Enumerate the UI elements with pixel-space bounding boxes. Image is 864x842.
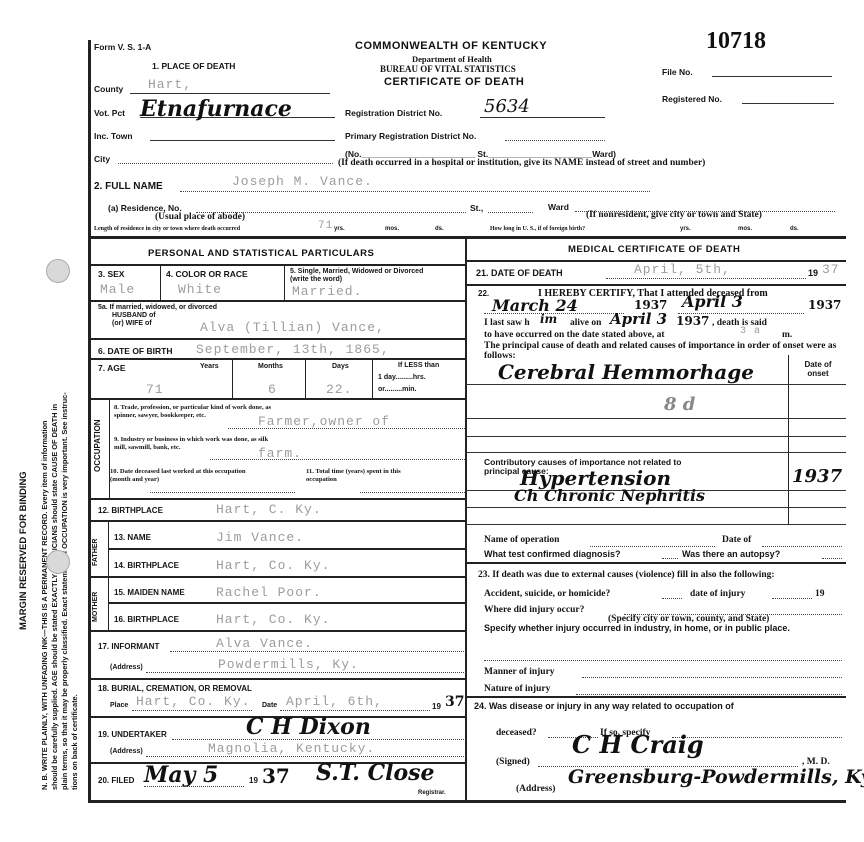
punch-hole-bottom [46,550,70,574]
industry-line [210,459,465,460]
registration-district-label: Registration District No. [345,108,442,118]
commonwealth-title: COMMONWEALTH OF KENTUCKY [355,40,547,52]
burial-place-line [132,710,252,711]
father-birthplace-value: Hart, Co. Ky. [216,558,330,573]
contributory-line-3 [466,524,846,525]
nature-of-injury-line [576,694,842,695]
punch-hole-top [46,259,70,283]
father-side-label: FATHER [92,539,99,566]
certificate-number: 10718 [706,28,766,55]
age-months-divider [305,358,306,398]
where-injury-label: Where did injury occur? [484,605,584,615]
marital-label: 5. Single, Married, Widowed or Divorced … [290,268,440,284]
undertaker-address-line [146,756,466,757]
burial-date-label: Date [262,702,277,709]
date-of-death-year-prefix: 19 [808,268,818,278]
informant-address-line [146,672,466,673]
specify-whether-label: Specify whether injury occurred in indus… [484,624,844,633]
injury-date-label: date of injury [690,589,745,599]
date-of-death-year-suffix: 37 [822,262,840,277]
operation-date-line [762,546,842,547]
birthplace-label: 12. BIRTHPLACE [98,506,163,515]
mother-side-label: MOTHER [92,592,99,622]
deceased-label: deceased? [496,728,537,738]
medical-heading: MEDICAL CERTIFICATE OF DEATH [568,244,740,255]
occupation-side-label: OCCUPATION [93,419,102,472]
filed-year-suffix: 37 [262,764,290,788]
burial-year-suffix: 37 [445,694,464,710]
foreign-mos-label: mos. [738,226,752,232]
cause-line-4 [466,452,846,453]
contributory-cause-2: Ch Chronic Nephritis [514,486,705,505]
instructions-line-2: should be carefully supplied. AGE should… [50,404,59,790]
occurred-time: 3 a [740,326,761,337]
nonresident-note: (If nonresident, give city or town and S… [586,210,762,220]
city-line [118,163,333,164]
full-name-label: 2. FULL NAME [94,181,163,192]
burial-place-value: Hart, Co. Ky. [136,694,250,709]
registration-district-line [480,117,605,118]
total-time-line [360,492,465,493]
medical-bottom-rule [466,800,846,803]
filed-label: 20. FILED [98,776,134,785]
last-saw-pronoun: im [540,312,557,326]
trade-value: Farmer,owner of [258,414,390,429]
diagnosis-test-line [662,558,678,559]
registered-no-label: Registered No. [662,94,722,104]
physician-signature: C H Craig [572,730,704,759]
foreign-birth-label: How long in U. S., if of foreign birth? [490,226,585,232]
burial-date-line [280,710,430,711]
inc-town-label: Inc. Town [94,131,133,141]
less-than-hours: 1 day.........hrs. [378,374,426,381]
undertaker-address-value: Magnolia, Kentucky. [208,741,375,756]
cause-line-1 [466,384,846,385]
principal-cause-value: Cerebral Hemmorhage [498,360,754,384]
burial-year-prefix: 19 [432,702,441,711]
length-of-residence-label: Length of residence in city or town wher… [94,226,240,232]
file-no-label: File No. [662,67,693,77]
occurred-text: to have occurred on the date stated abov… [484,330,665,340]
physician-address-value: Greensburg-Powdermills, Ky [568,766,864,788]
industry-label: 9. Industry or business in which work wa… [114,436,274,452]
nature-of-injury-label: Nature of injury [484,684,550,694]
attended-to-year: 1937 [808,298,841,312]
burial-date-value: April, 6th, [286,694,383,709]
residence-divider [88,236,846,239]
row-father-rule [88,576,466,578]
age-days: 22. [326,382,352,397]
filed-year-prefix: 19 [249,776,258,785]
dob-value: September, 13th, 1865, [196,342,390,357]
instructions-line-4: tions on back of certificate. [70,694,79,790]
operation-line [590,546,715,547]
instructions-line-3: plain terms, so that it may be properly … [60,392,69,790]
department-title: Department of Health [412,54,492,64]
informant-line [170,651,466,652]
marital-value: Married. [292,284,362,299]
personal-heading-rule [88,264,466,266]
row-dob-rule [88,358,466,360]
months-label: Months [258,363,283,370]
father-name-value: Jim Vance. [216,530,304,545]
vot-pct-label: Vot. Pct [94,108,125,118]
place-of-death-heading: 1. PLACE OF DEATH [152,61,235,71]
length-of-residence-years: 71 [318,220,333,232]
row-father-name-rule [108,548,466,550]
undertaker-label: 19. UNDERTAKER [98,730,167,739]
age-years: 71 [146,382,164,397]
total-time-label: 11. Total time (years) spent in this occ… [306,468,416,484]
race-label: 4. COLOR OR RACE [166,269,248,279]
length-mos-label: mos. [385,226,399,232]
city-label: City [94,154,110,164]
residence-ward-label: Ward [548,202,569,212]
autopsy-label: Was there an autopsy? [682,549,780,559]
mother-birthplace-label: 16. BIRTHPLACE [114,615,179,624]
certificate-title: CERTIFICATE OF DEATH [384,76,524,88]
autopsy-line [822,558,842,559]
filed-value: May 5 [144,762,218,788]
last-worked-line [150,492,295,493]
trade-label: 8. Trade, profession, or particular kind… [114,404,274,420]
father-name-label: 13. NAME [114,533,151,542]
registrar-signature: S.T. Close [316,760,435,786]
spouse-label-1: 5a. If married, widowed, or divorced [98,304,217,312]
days-label: Days [332,363,349,370]
residence-sublabel: (Usual place of abode) [155,212,245,222]
bureau-title: BUREAU OF VITAL STATISTICS [380,64,516,74]
principal-cause-note: 8 d [664,394,695,415]
age-days-divider [372,358,373,398]
diagnosis-test-label: What test confirmed diagnosis? [484,549,621,559]
age-label: 7. AGE [98,363,126,373]
trade-line [228,428,465,429]
last-worked-label: 10. Date deceased last worked at this oc… [110,468,260,484]
full-name-line [180,191,650,192]
accident-label: Accident, suicide, or homicide? [484,589,610,599]
registrar-label: Registrar. [418,790,446,796]
county-line [130,93,330,94]
row-spouse-rule [88,338,466,340]
form-number: Form V. S. 1-A [94,42,151,52]
spouse-label-2: HUSBAND of [112,312,156,320]
spouse-label-3: (or) WIFE of [112,320,152,328]
external-causes-label: 23. If death was due to external causes … [478,570,843,580]
form-bottom-border [88,800,468,803]
physician-address-label: (Address) [516,784,555,794]
public-place-line [484,660,842,661]
informant-value: Alva Vance. [216,636,313,651]
informant-address-value: Powdermills, Ky. [218,657,359,672]
registered-no-line [742,103,834,104]
row-dod-rule [466,284,846,286]
father-birthplace-label: 14. BIRTHPLACE [114,561,179,570]
form-left-border [88,40,91,802]
contributory-onset: 1937 [792,466,842,487]
personal-heading: PERSONAL AND STATISTICAL PARTICULARS [148,248,374,259]
full-name-value: Joseph M. Vance. [232,174,373,189]
contributory-line-2 [466,507,846,508]
attended-to-value: April 3 [682,292,743,311]
spouse-value: Alva (Tillian) Vance, [200,320,385,335]
inc-town-line [150,140,335,141]
length-yrs-label: yrs. [334,226,345,232]
informant-label: 17. INFORMANT [98,642,159,651]
binding-margin-label: MARGIN RESERVED FOR BINDING [18,471,29,630]
burial-label: 18. BURIAL, CREMATION, OR REMOVAL [98,684,252,693]
row-mother-rule [88,630,466,632]
race-marital-divider [284,264,285,300]
years-label: Years [200,363,219,370]
manner-of-injury-label: Manner of injury [484,667,555,677]
county-value: Hart, [148,77,192,92]
filed-line [144,786,244,787]
signed-label: (Signed) [496,757,530,767]
race-value: White [178,282,222,297]
date-of-death-value: April, 5th, [634,262,731,277]
primary-registration-line [505,140,605,141]
birthplace-value: Hart, C. Ky. [216,502,322,517]
row-informant-rule [88,678,466,680]
alive-on-label: alive on [570,318,601,328]
operation-label: Name of operation [484,535,559,545]
undertaker-value: C H Dixon [246,714,371,740]
hospital-note: (If death occurred in a hospital or inst… [338,158,705,168]
injury-year-prefix: 19 [815,589,825,599]
onset-column-divider [788,355,789,525]
informant-address-label: (Address) [110,664,143,671]
burial-place-label: Place [110,702,128,709]
foreign-yrs-label: yrs. [680,226,691,232]
age-months: 6 [268,382,277,397]
row-occupation-rule [88,498,466,500]
undertaker-address-label: (Address) [110,748,143,755]
less-than-label: If LESS than [398,362,439,369]
sex-value: Male [100,282,135,297]
vot-pct-value: Etnafurnace [140,96,292,122]
mother-name-label: 15. MAIDEN NAME [114,588,185,597]
residence-street-label: St., [470,203,483,213]
row-mother-name-rule [108,602,466,604]
occupation-related-label: 24. Was disease or injury in any way rel… [474,701,734,711]
foreign-ds-label: ds. [790,226,799,232]
injury-date-line [772,598,812,599]
date-of-death-label: 21. DATE OF DEATH [476,268,563,278]
cause-line-3 [466,436,846,437]
certify-number: 22. [478,289,489,298]
row-injury-rule [466,696,846,698]
file-no-line [712,76,832,77]
date-of-death-line [606,278,806,279]
row-diagnosis-rule [466,562,846,564]
principal-cause-text: The principal cause of death and related… [484,341,839,361]
registration-district-value: 5634 [484,96,530,117]
mother-name-value: Rachel Poor. [216,585,322,600]
operation-date-label: Date of [722,535,751,545]
manner-of-injury-line [582,677,842,678]
date-of-onset-label: Date of onset [796,360,840,378]
sex-race-divider [160,264,161,300]
dob-label: 6. DATE OF BIRTH [98,346,172,356]
last-saw-label: I last saw h [484,318,530,328]
primary-registration-label: Primary Registration District No. [345,131,476,141]
residence-street-line [488,212,533,213]
length-ds-label: ds. [435,226,444,232]
cause-line-2 [466,418,846,419]
row-birthplace-rule [88,520,466,522]
less-than-minutes: or.........min. [378,386,417,393]
age-years-divider [232,358,233,398]
alive-on-value: April 3 [610,310,667,328]
county-label: County [94,84,123,94]
row-sex-rule [88,300,466,302]
occurred-m-label: m. [782,330,792,340]
row-age-rule [88,398,466,400]
accident-line [662,598,682,599]
alive-on-year: 1937 [676,314,709,328]
mother-birthplace-value: Hart, Co. Ky. [216,612,330,627]
instructions-line-1: N. B. WRITE PLAINLY, WITH UNFADING INK—T… [40,420,49,790]
sex-label: 3. SEX [98,269,124,279]
